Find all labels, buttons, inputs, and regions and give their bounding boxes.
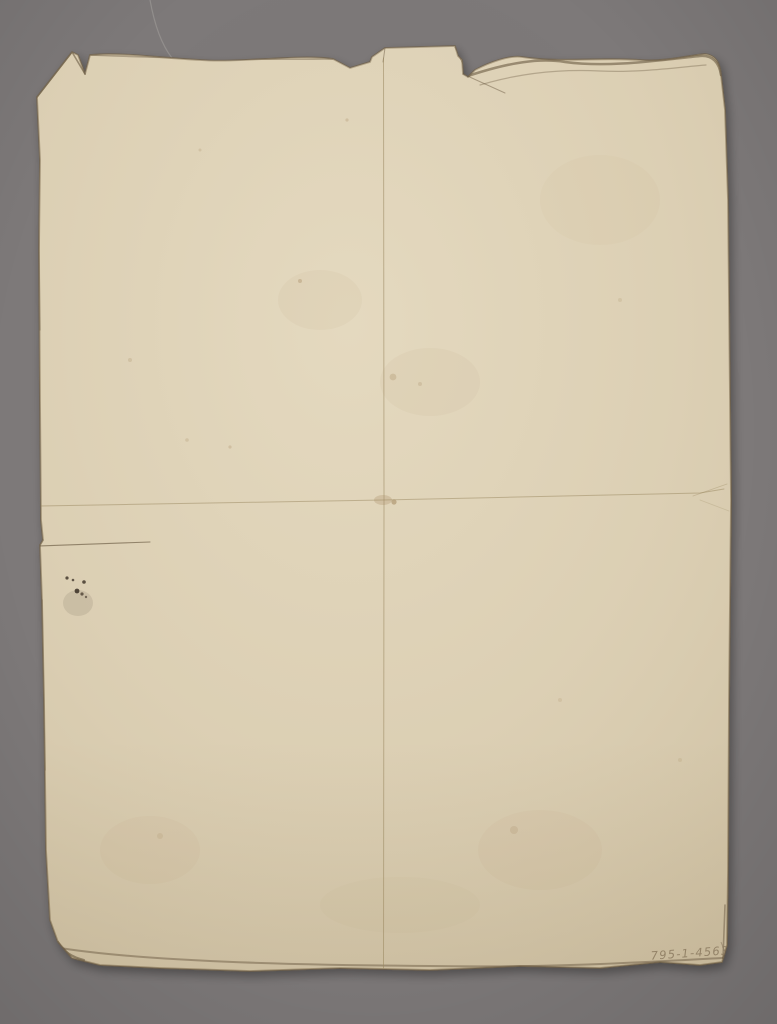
foxing-freckle bbox=[678, 758, 682, 762]
foxing-freckle bbox=[510, 826, 518, 834]
crease-junction-smudge bbox=[374, 495, 392, 505]
ink-dot bbox=[72, 579, 75, 582]
stain-cloud bbox=[478, 810, 602, 890]
crease-junction-dot bbox=[391, 499, 396, 504]
stain-cloud bbox=[100, 816, 200, 884]
foxing-freckle bbox=[185, 438, 189, 442]
paper-sheet: 795-1-4563 bbox=[37, 46, 731, 971]
ink-dot bbox=[65, 576, 68, 579]
photo-frame: 795-1-4563 bbox=[0, 0, 777, 1024]
foxing-freckle bbox=[199, 149, 202, 152]
foxing-freckle bbox=[298, 279, 302, 283]
ink-dot bbox=[80, 592, 83, 595]
vertical-fold-crease bbox=[384, 58, 385, 968]
foxing-freckle bbox=[157, 833, 163, 839]
foxing-freckle bbox=[345, 118, 348, 121]
stain-cloud bbox=[380, 348, 480, 416]
stain-cloud bbox=[540, 155, 660, 245]
foxing-freckle bbox=[128, 358, 132, 362]
ink-dot bbox=[82, 580, 86, 584]
ink-smudge-halo bbox=[63, 590, 93, 616]
stain-cloud bbox=[320, 877, 480, 933]
foxing-freckle bbox=[228, 445, 231, 448]
ink-dot bbox=[75, 589, 80, 594]
photo-canvas: 795-1-4563 bbox=[0, 0, 777, 1024]
foxing-freckle bbox=[558, 698, 562, 702]
stain-cloud bbox=[278, 270, 362, 330]
foxing-freckle bbox=[390, 374, 397, 381]
foxing-freckle bbox=[418, 382, 422, 386]
ink-dot bbox=[85, 596, 87, 598]
foxing-freckle bbox=[618, 298, 622, 302]
